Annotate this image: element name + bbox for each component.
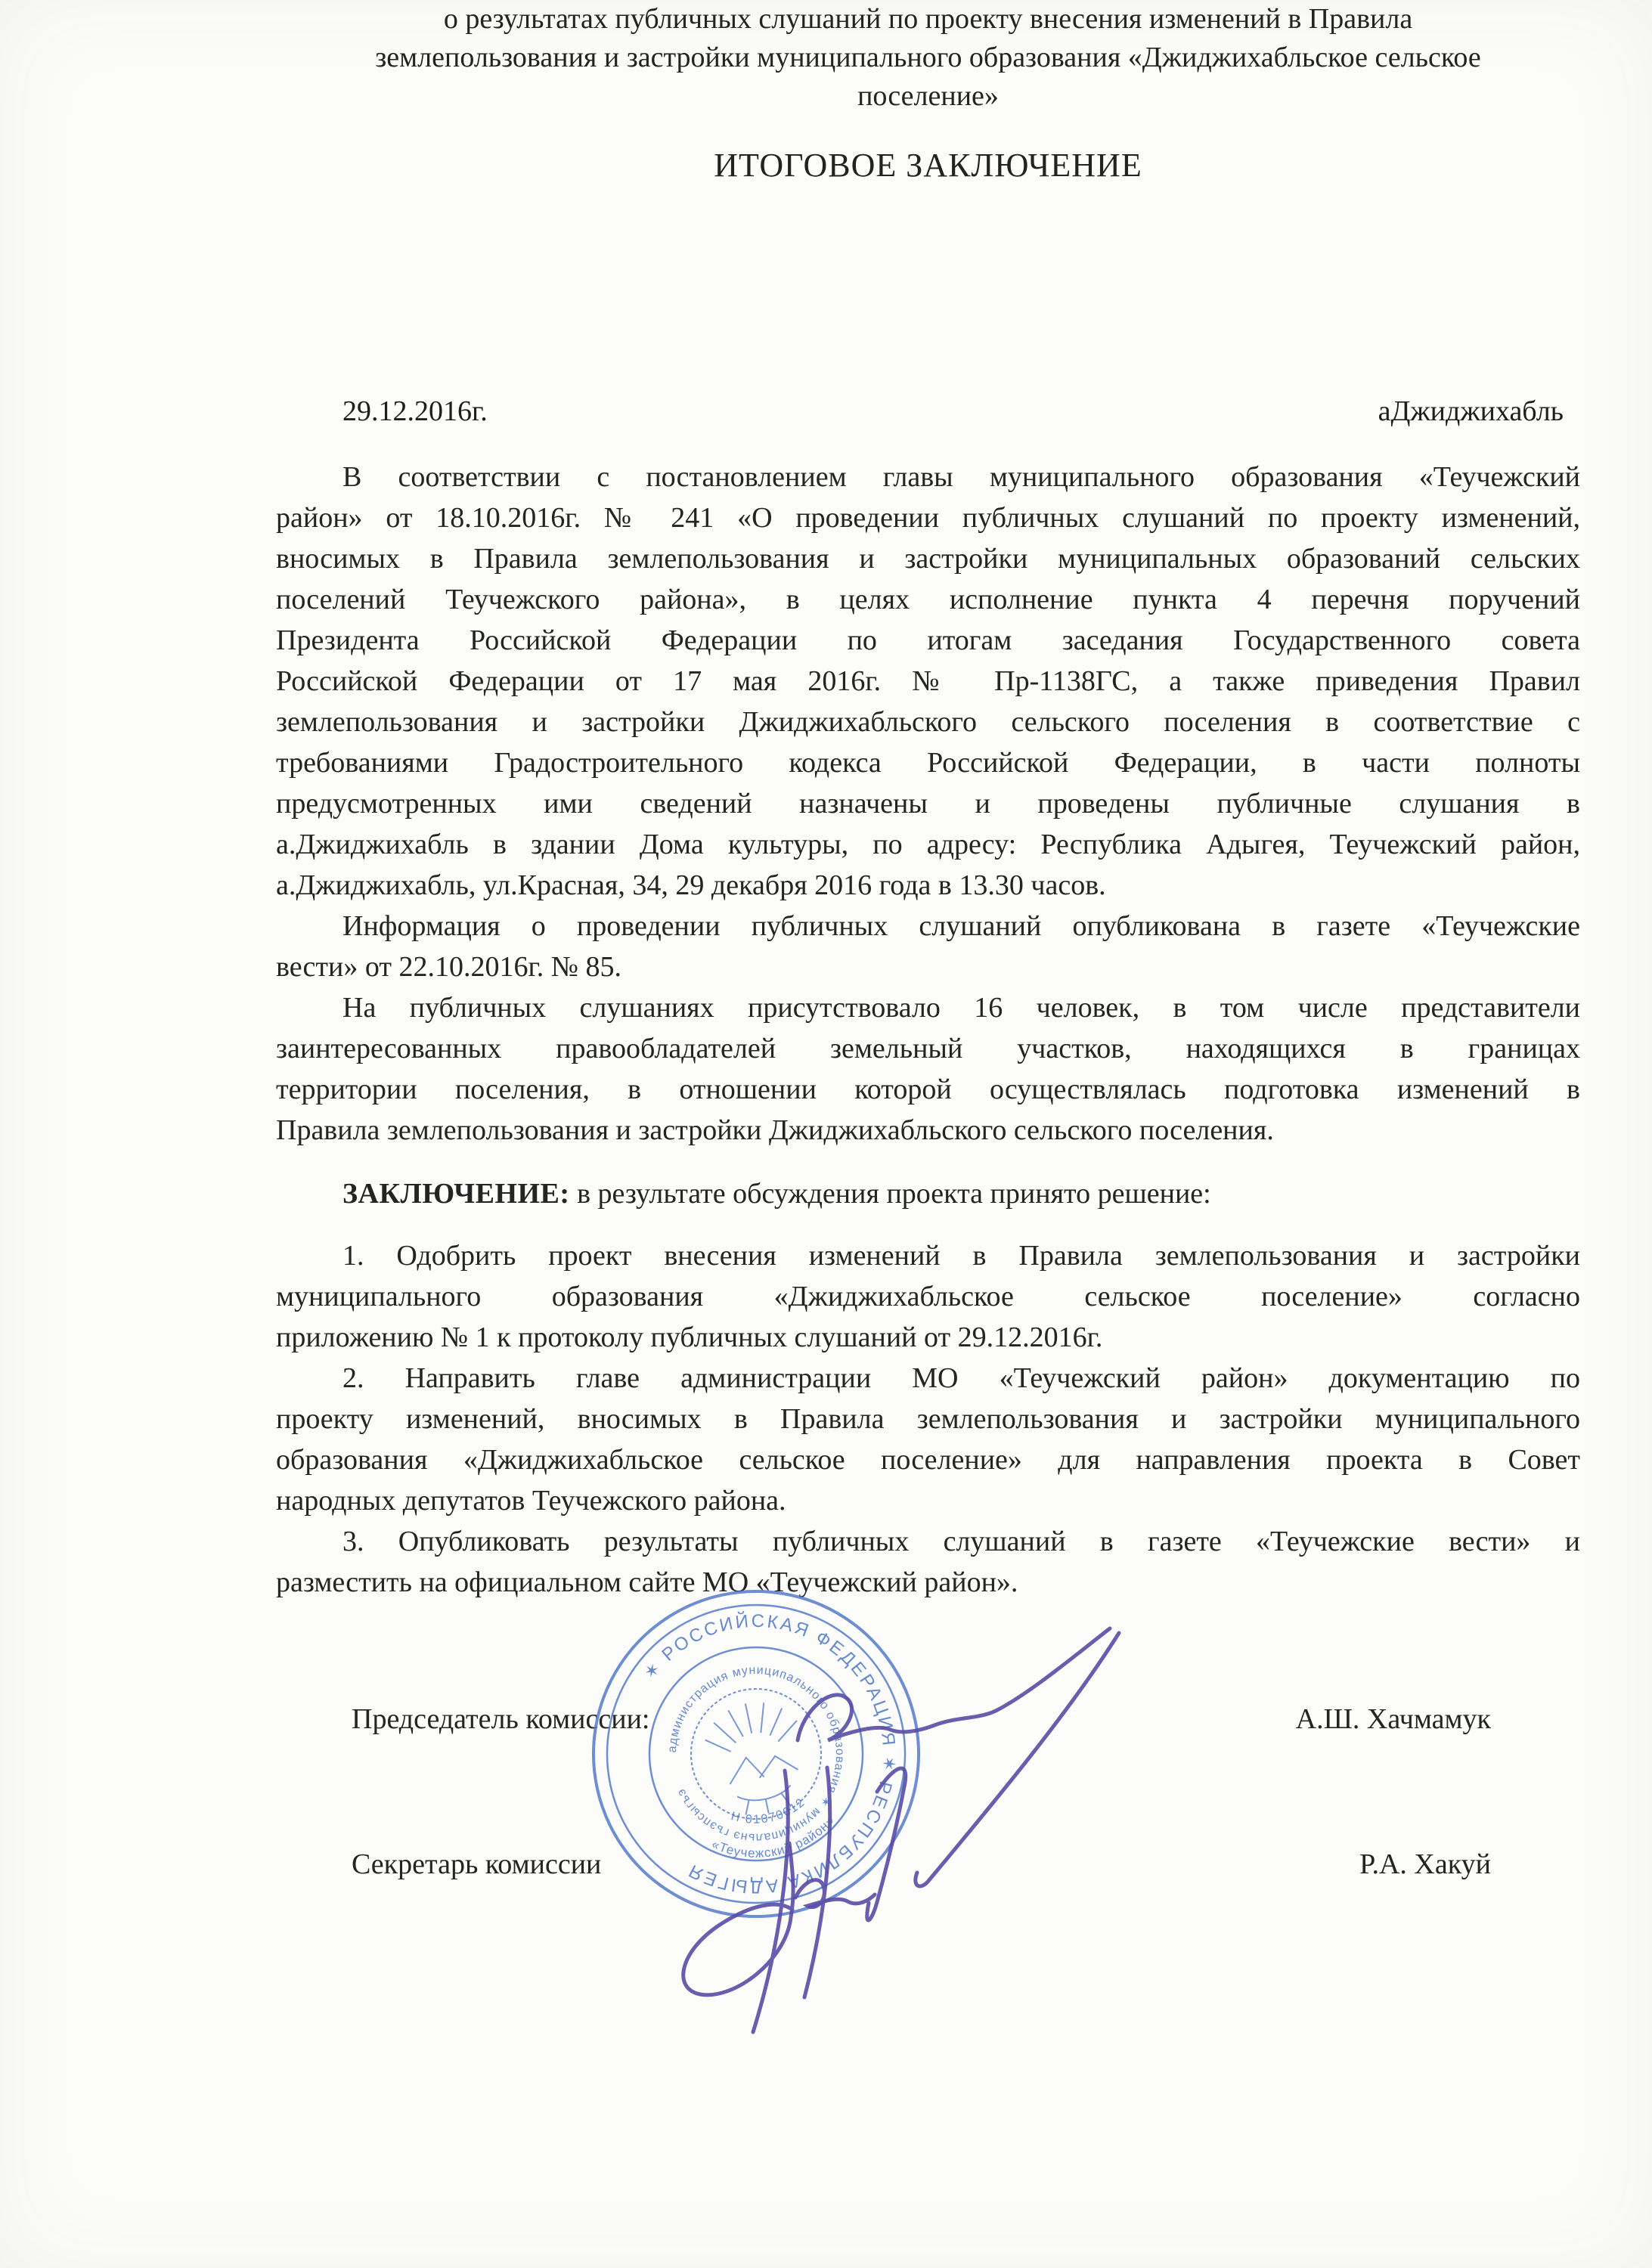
text-line: заинтересованных правообладателей земель…: [276, 1028, 1580, 1069]
text-line: В соответствии с постановлением главы му…: [276, 457, 1580, 497]
mountains: [725, 1748, 798, 1784]
text-line: о результатах публичных слушаний по прое…: [276, 0, 1580, 39]
text-line: поселение»: [276, 77, 1580, 116]
conclusion-heading: ЗАКЛЮЧЕНИЕ: в результате обсуждения прое…: [276, 1173, 1647, 1214]
text-line: район» от 18.10.2016г. № 241 «О проведен…: [276, 497, 1580, 538]
text-line: 3. Опубликовать результаты публичных слу…: [276, 1521, 1580, 1562]
conclusion-rest: в результате обсуждения проекта принято …: [570, 1178, 1211, 1210]
date-place-row: 29.12.2016г. аДжиджихабль: [276, 395, 1580, 428]
text-line: Президента Российской Федерации по итога…: [276, 620, 1580, 661]
chairman-label: Председатель комиссии:: [276, 1703, 649, 1736]
text-line: территории поселения, в отношении которо…: [276, 1069, 1580, 1110]
text-line: 2. Направить главе администрации МО «Теу…: [276, 1358, 1580, 1399]
text-line: муниципального образования «Джиджихабльс…: [276, 1276, 1580, 1317]
svg-text:администрация муниципального о: администрация муниципального образования…: [652, 1647, 863, 1861]
text-line: а.Джиджихабль, ул.Красная, 34, 29 декабр…: [276, 865, 1580, 906]
document-date: 29.12.2016г.: [342, 395, 488, 428]
chairman-name: А.Ш. Хачмамук: [1296, 1703, 1491, 1736]
text-line: вносимых в Правила землепользования и за…: [276, 538, 1580, 579]
bowl: [737, 1785, 792, 1805]
text-line: Информация о проведении публичных слушан…: [276, 906, 1580, 947]
paragraph-attendance: На публичных слушаниях присутствовало 16…: [276, 987, 1580, 1151]
text-line: проекту изменений, вносимых в Правила зе…: [276, 1399, 1580, 1439]
text-line: землепользования и застройки Джиджихабль…: [276, 702, 1580, 742]
paragraph-legal-basis: В соответствии с постановлением главы му…: [276, 457, 1580, 906]
text-line: образования «Джиджихабльское сельское по…: [276, 1439, 1580, 1480]
seal-number-text: Н 01070012: [727, 1794, 811, 1833]
stamp-and-signatures-overlay: ✶ РОССИЙСКАЯ ФЕДЕРАЦИЯ ✶ РЕСПУБЛИКА АДЫГ…: [454, 1542, 1210, 2056]
official-seal-graphic: ✶ РОССИЙСКАЯ ФЕДЕРАЦИЯ ✶ РЕСПУБЛИКА АДЫГ…: [454, 1542, 1210, 2056]
document-place: аДжиджихабль: [1378, 395, 1564, 428]
secretary-label: Секретарь комиссии: [276, 1848, 601, 1881]
seal-middle-text: администрация муниципального образования…: [652, 1647, 863, 1861]
secretary-name: Р.А. Хакуй: [1359, 1848, 1491, 1881]
secretary-signature: [683, 1768, 906, 2032]
text-line: землепользования и застройки муниципальн…: [276, 39, 1580, 77]
svg-text:Н 01070012: Н 01070012: [727, 1794, 811, 1833]
text-line: Правила землепользования и застройки Джи…: [276, 1110, 1580, 1151]
text-line: вести» от 22.10.2016г. № 85.: [276, 947, 1580, 987]
text-line: На публичных слушаниях присутствовало 16…: [276, 987, 1580, 1028]
text-line: Российской Федерации от 17 мая 2016г. № …: [276, 661, 1580, 702]
text-line: предусмотренных ими сведений назначены и…: [276, 783, 1580, 824]
decision-item-3: 3. Опубликовать результаты публичных слу…: [276, 1521, 1580, 1603]
text-line: разместить на официальном сайте МО «Теуч…: [276, 1562, 1580, 1603]
text-line: приложению № 1 к протоколу публичных слу…: [276, 1317, 1580, 1358]
text-line: народных депутатов Теучежского района.: [276, 1480, 1580, 1521]
scanned-document-page: ИТОГОВОЕ ЗАКЛЮЧЕНИЕ о результатах публич…: [0, 0, 1652, 2268]
text-line: а.Джиджихабль в здании Дома культуры, по…: [276, 824, 1580, 865]
document-subtitle: о результатах публичных слушаний по прое…: [276, 0, 1580, 116]
signature-row-chairman: Председатель комиссии: А.Ш. Хачмамук: [276, 1703, 1580, 1736]
seal-rings: [563, 1561, 949, 1947]
decision-item-2: 2. Направить главе администрации МО «Теу…: [276, 1358, 1580, 1521]
paragraph-publication-info: Информация о проведении публичных слушан…: [276, 906, 1580, 987]
text-line: 1. Одобрить проект внесения изменений в …: [276, 1235, 1580, 1276]
conclusion-lead: ЗАКЛЮЧЕНИЕ:: [342, 1178, 570, 1210]
text-line: требованиями Градостроительного кодекса …: [276, 742, 1580, 783]
decision-item-1: 1. Одобрить проект внесения изменений в …: [276, 1235, 1580, 1358]
signature-row-secretary: Секретарь комиссии Р.А. Хакуй: [276, 1848, 1580, 1881]
document-title: ИТОГОВОЕ ЗАКЛЮЧЕНИЕ: [276, 146, 1580, 184]
text-line: поселений Теучежского района», в целях и…: [276, 579, 1580, 620]
